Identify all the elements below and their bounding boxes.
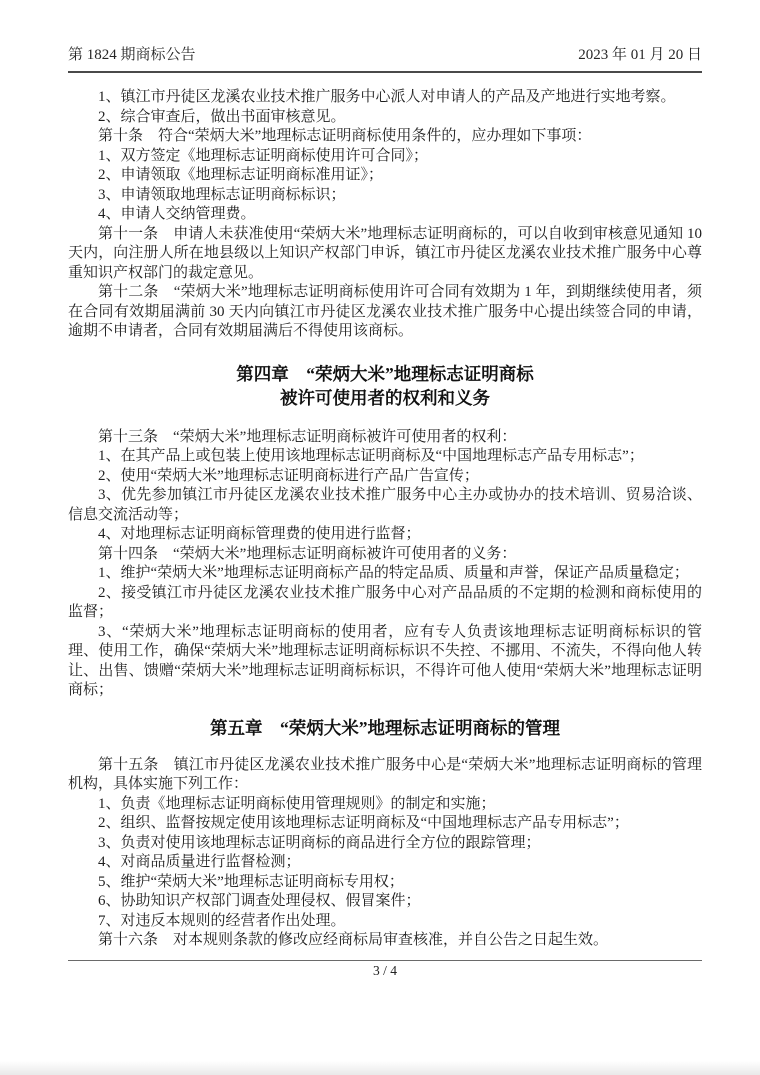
numbered-item: 1、在其产品上或包装上使用该地理标志证明商标及“中国地理标志产品专用标志”；: [68, 447, 702, 467]
numbered-item: 3、优先参加镇江市丹徒区龙溪农业技术推广服务中心主办或协办的技术培训、贸易洽谈、…: [68, 486, 702, 525]
article-clause: 第十一条 申请人未获准使用“荣炳大米”地理标志证明商标的，可以自收到审核意见通知…: [68, 225, 702, 284]
numbered-item: 4、对地理标志证明商标管理费的使用进行监督；: [68, 525, 702, 545]
article-clause: 第十二条 “荣炳大米”地理标志证明商标使用许可合同有效期为 1 年，到期继续使用…: [68, 283, 702, 342]
chapter-4-title-line-1: 第四章 “荣炳大米”地理标志证明商标: [68, 362, 702, 386]
page-footer: 3 / 4: [68, 960, 702, 980]
numbered-item: 4、对商品质量进行监督检测；: [68, 853, 702, 873]
numbered-item: 1、负责《地理标志证明商标使用管理规则》的制定和实施；: [68, 795, 702, 815]
numbered-item: 5、维护“荣炳大米”地理标志证明商标专用权；: [68, 873, 702, 893]
numbered-item: 3、负责对使用该地理标志证明商标的商品进行全方位的跟踪管理；: [68, 834, 702, 854]
numbered-item: 1、维护“荣炳大米”地理标志证明商标产品的特定品质、质量和声誉，保证产品质量稳定…: [68, 564, 702, 584]
chapter-5-title-line-1: 第五章 “荣炳大米”地理标志证明商标的管理: [68, 716, 702, 740]
article-clause: 第十四条 “荣炳大米”地理标志证明商标被许可使用者的义务：: [68, 545, 702, 565]
page-number: 3 / 4: [68, 961, 702, 980]
numbered-item: 3、“荣炳大米”地理标志证明商标的使用者，应有专人负责该地理标志证明商标标识的管…: [68, 623, 702, 701]
page-header: 第 1824 期商标公告 2023 年 01 月 20 日: [68, 46, 702, 73]
numbered-item: 2、接受镇江市丹徒区龙溪农业技术推广服务中心对产品品质的不定期的检测和商标使用的…: [68, 584, 702, 623]
scan-edge-shadow: [0, 1061, 760, 1075]
document-body: 1、镇江市丹徒区龙溪农业技术推广服务中心派人对申请人的产品及产地进行实地考察。 …: [68, 88, 702, 951]
chapter-4-heading: 第四章 “荣炳大米”地理标志证明商标 被许可使用者的权利和义务: [68, 362, 702, 410]
numbered-item: 2、使用“荣炳大米”地理标志证明商标进行产品广告宣传；: [68, 467, 702, 487]
numbered-item: 7、对违反本规则的经营者作出处理。: [68, 912, 702, 932]
article-clause: 第十五条 镇江市丹徒区龙溪农业技术推广服务中心是“荣炳大米”地理标志证明商标的管…: [68, 756, 702, 795]
numbered-item: 3、申请领取地理标志证明商标标识；: [68, 186, 702, 206]
numbered-item: 2、申请领取《地理标志证明商标准用证》；: [68, 166, 702, 186]
numbered-item: 4、申请人交纳管理费。: [68, 205, 702, 225]
article-clause: 第十条 符合“荣炳大米”地理标志证明商标使用条件的，应办理如下事项：: [68, 127, 702, 147]
article-clause: 第十六条 对本规则条款的修改应经商标局审查核准，并自公告之日起生效。: [68, 931, 702, 951]
numbered-item: 2、综合审查后，做出书面审核意见。: [68, 108, 702, 128]
article-clause: 第十三条 “荣炳大米”地理标志证明商标被许可使用者的权利：: [68, 428, 702, 448]
numbered-item: 6、协助知识产权部门调查处理侵权、假冒案件；: [68, 892, 702, 912]
chapter-4-title-line-2: 被许可使用者的权利和义务: [68, 386, 702, 410]
numbered-item: 1、双方签定《地理标志证明商标使用许可合同》；: [68, 147, 702, 167]
gazette-issue-title: 第 1824 期商标公告: [68, 46, 196, 65]
chapter-5-heading: 第五章 “荣炳大米”地理标志证明商标的管理: [68, 716, 702, 740]
document-page: 第 1824 期商标公告 2023 年 01 月 20 日 1、镇江市丹徒区龙溪…: [0, 0, 760, 1075]
numbered-item: 2、组织、监督按规定使用该地理标志证明商标及“中国地理标志产品专用标志”；: [68, 814, 702, 834]
numbered-item: 1、镇江市丹徒区龙溪农业技术推广服务中心派人对申请人的产品及产地进行实地考察。: [68, 88, 702, 108]
gazette-date: 2023 年 01 月 20 日: [578, 46, 702, 65]
